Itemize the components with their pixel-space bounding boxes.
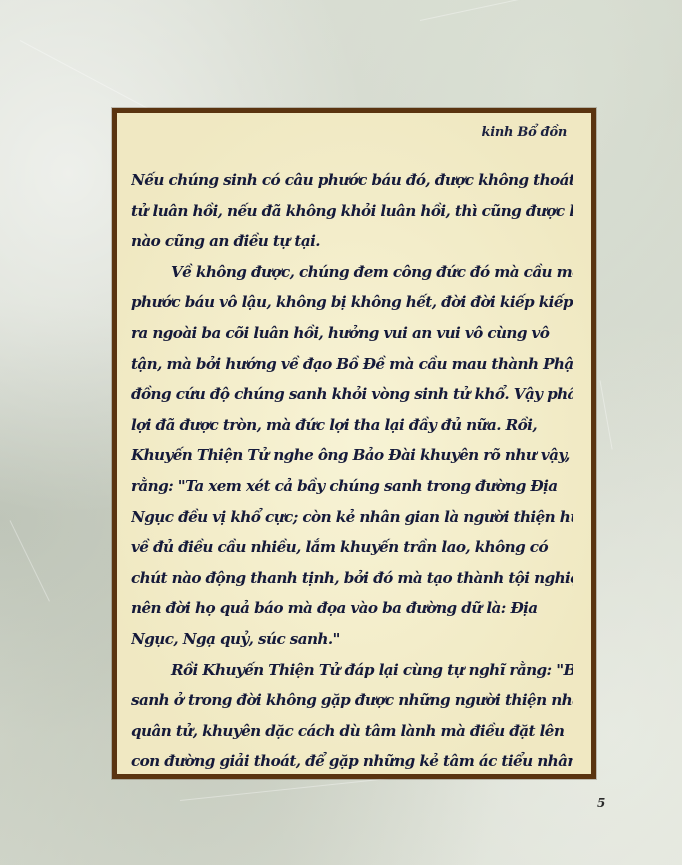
page-number: 5 — [597, 796, 605, 810]
text-line: lợi đã được tròn, mà đức lợi tha lại đầy… — [131, 410, 573, 441]
background-texture-vein — [600, 380, 613, 449]
text-line: Nếu chúng sinh có câu phước báu đó, được… — [131, 165, 573, 196]
text-line: quân tử, khuyên dặc cách dù tâm lành mà … — [131, 716, 573, 747]
text-line: nào cũng an điều tự tại. — [131, 226, 573, 257]
text-line: Về không được, chúng đem công đức đó mà … — [131, 257, 573, 288]
handwritten-text-body: Nếu chúng sinh có câu phước báu đó, được… — [131, 165, 573, 777]
text-line: tận, mà bởi hướng về đạo Bồ Đề mà cầu ma… — [131, 349, 573, 380]
header-note: kinh Bổ đồn — [482, 125, 567, 140]
text-line: Ngục, Ngạ quỷ, súc sanh." — [131, 624, 573, 655]
text-line: Ngục đều vị khổ cực; còn kẻ nhân gian là… — [131, 502, 573, 533]
background-texture-vein — [420, 0, 635, 21]
text-line: chút nào động thanh tịnh, bởi đó mà tạo … — [131, 563, 573, 594]
manuscript-frame: kinh Bổ đồn Nếu chúng sinh có câu phước … — [112, 108, 596, 779]
text-line: phước báu vô lậu, không bị không hết, đờ… — [131, 287, 573, 318]
text-line: con đường giải thoát, để gặp những kẻ tâ… — [131, 746, 573, 777]
text-line: Khuyến Thiện Tử nghe ông Bảo Đài khuyên … — [131, 440, 573, 471]
text-line: đồng cứu độ chúng sanh khỏi vòng sinh tử… — [131, 379, 573, 410]
text-line: rằng: "Ta xem xét cả bầy chúng sanh tron… — [131, 471, 573, 502]
text-line: nên đời họ quả báo mà đọa vào ba đường d… — [131, 593, 573, 624]
text-line: sanh ở trong đời không gặp được những ng… — [131, 685, 573, 716]
text-line: Rồi Khuyến Thiện Tử đáp lại cùng tự nghĩ… — [131, 655, 573, 686]
manuscript-paper: kinh Bổ đồn Nếu chúng sinh có câu phước … — [117, 113, 591, 774]
text-line: về đủ điều cầu nhiều, lắm khuyến trần la… — [131, 532, 573, 563]
text-line: tử luân hồi, nếu đã không khỏi luân hồi,… — [131, 196, 573, 227]
background-texture-vein — [10, 520, 50, 601]
text-line: ra ngoài ba cõi luân hồi, hưởng vui an v… — [131, 318, 573, 349]
